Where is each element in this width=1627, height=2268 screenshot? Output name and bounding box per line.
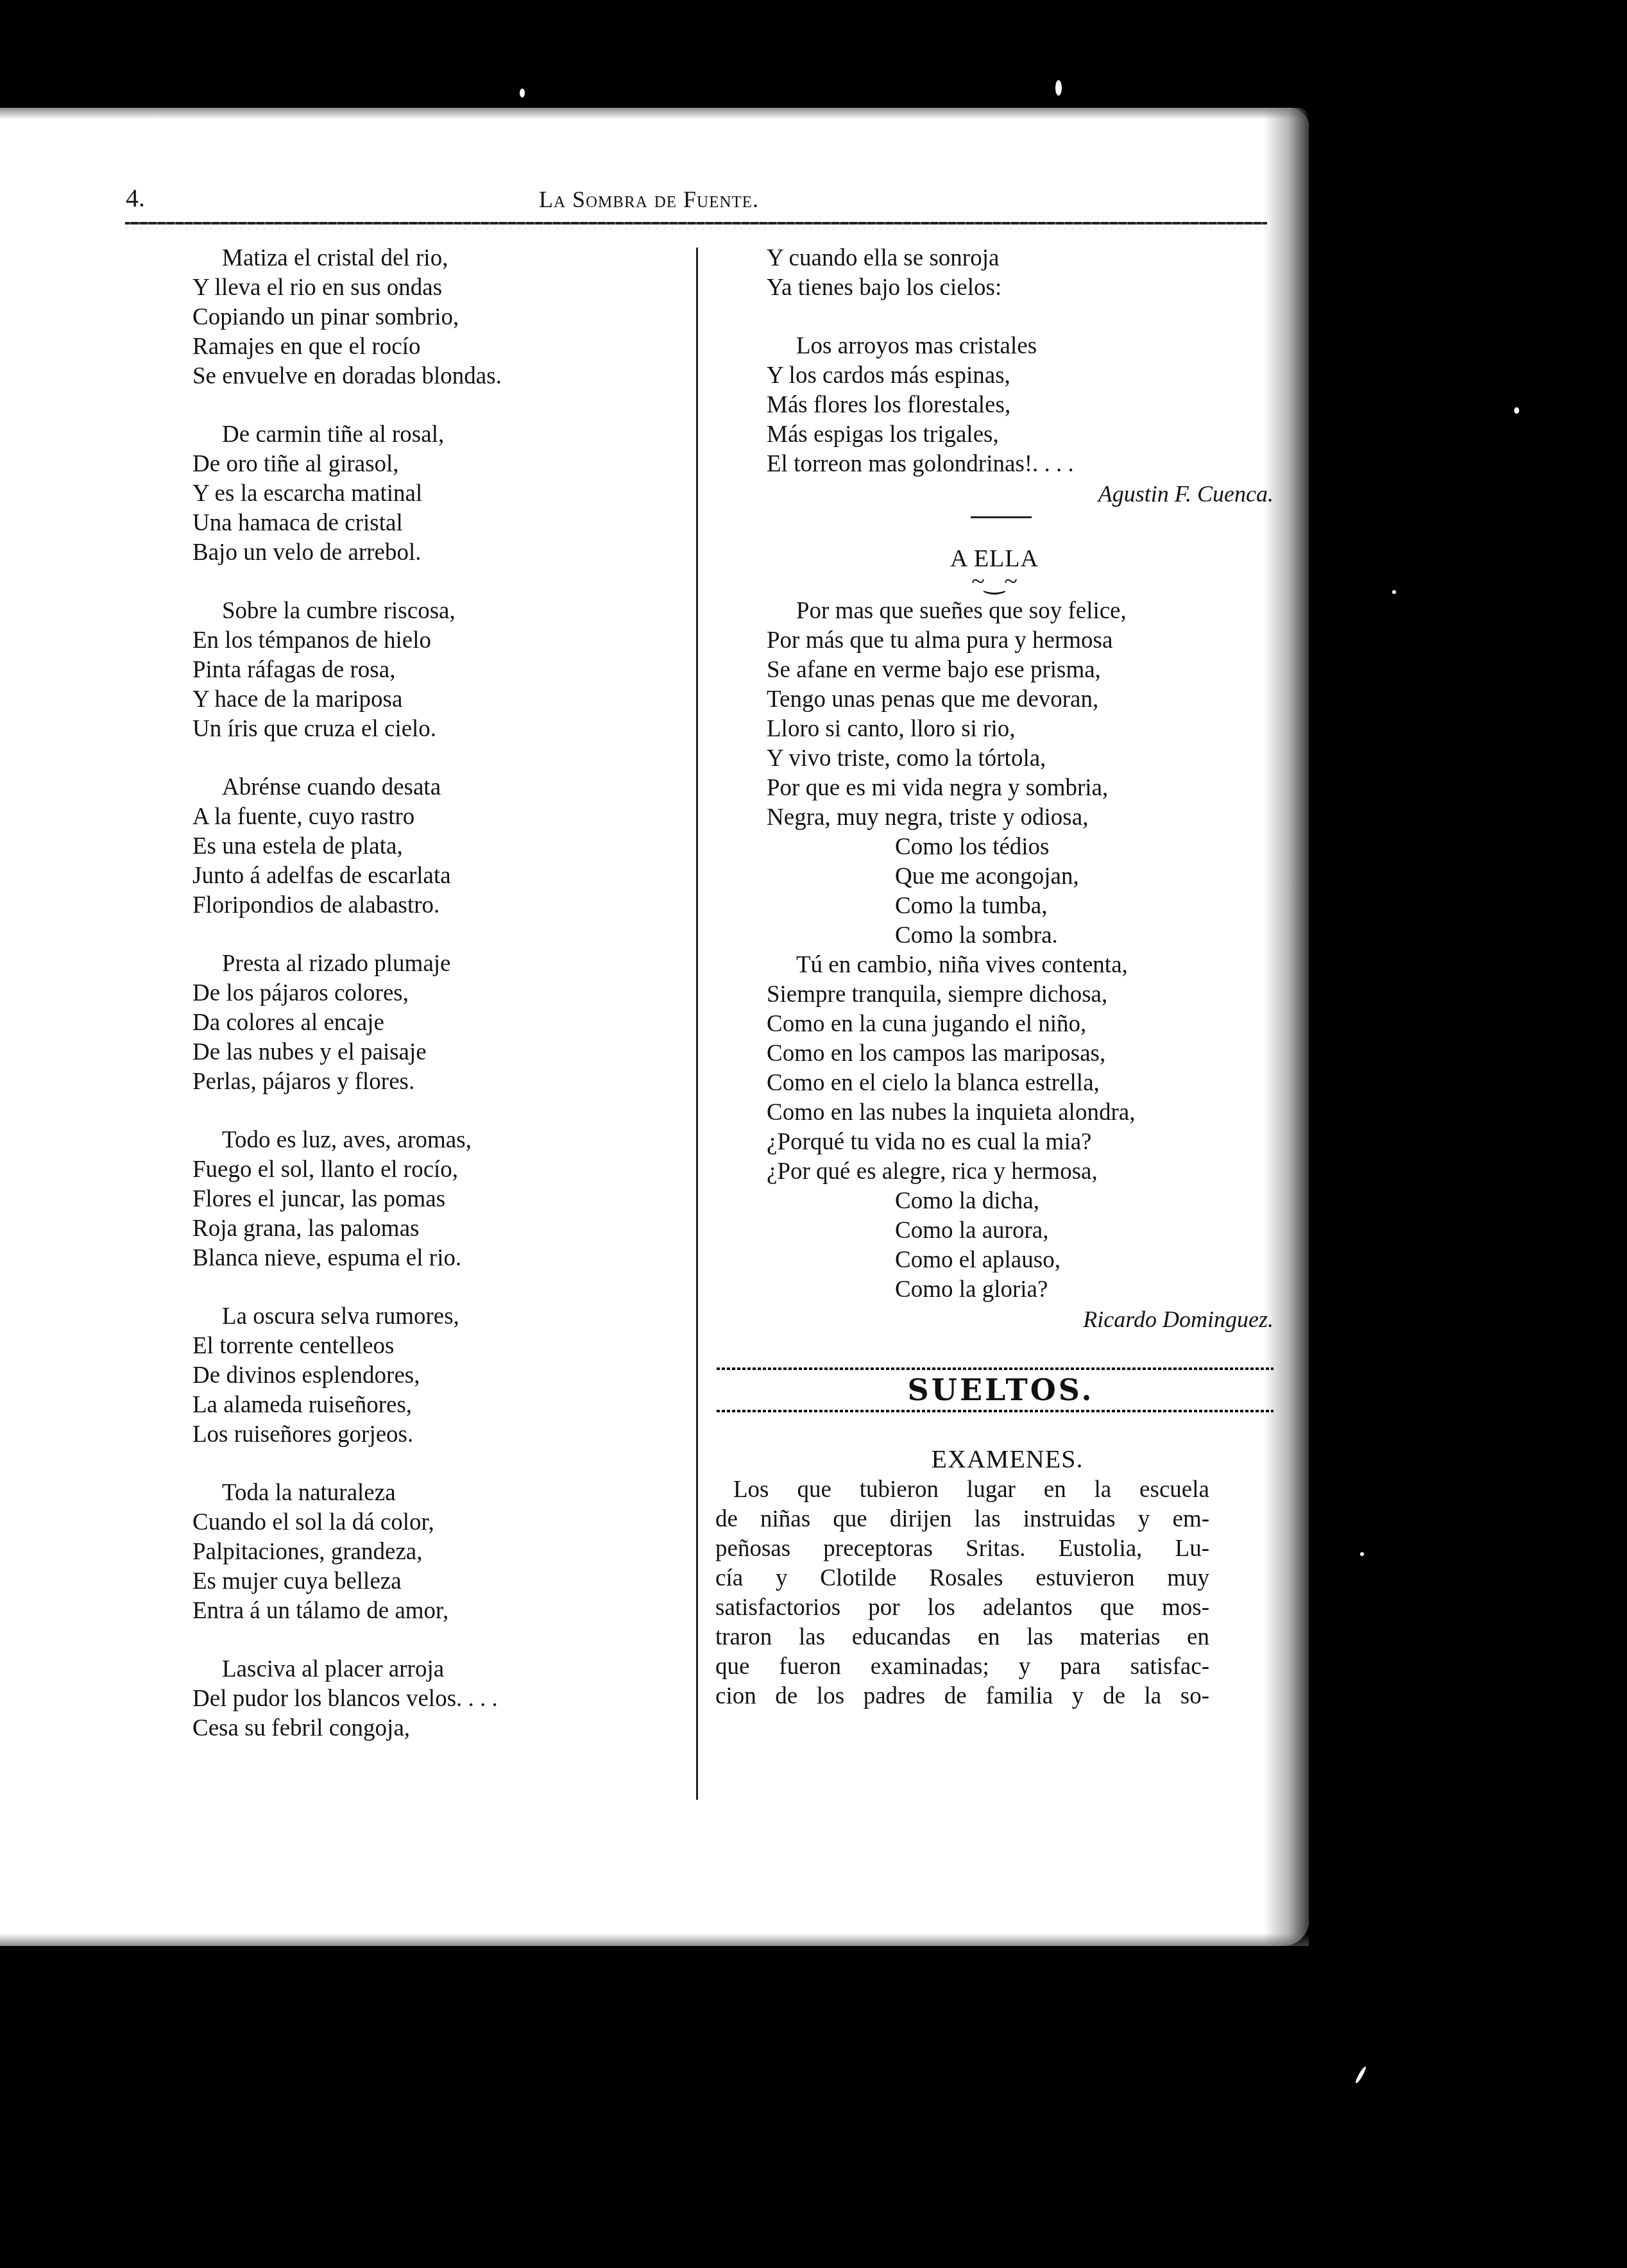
prose-line: cion de los padres de familia y de la so… [715,1682,1209,1711]
header-rule-dotted [125,228,1267,229]
verse-line: Más espigas los trigales, [767,420,1273,450]
verse-line: Toda la naturaleza [192,1478,680,1508]
verse-line: Por mas que sueñes que soy felice, [767,597,1273,626]
prose-line: cía y Clotilde Rosales estuvieron muy [715,1564,1209,1593]
verse-line: El torreon mas golondrinas!. . . . [767,450,1273,479]
verse-line: De divinos esplendores, [192,1361,680,1391]
verse-line: Del pudor los blancos velos. . . . [192,1684,680,1714]
stanza: Sobre la cumbre riscosa, En los témpanos… [192,597,680,744]
verse-line: Lloro si canto, lloro si rio, [767,715,1273,744]
verse-line: Palpitaciones, grandeza, [192,1537,680,1567]
verse-line: Matiza el cristal del rio, [192,244,680,273]
verse-line: Como la dicha, [767,1187,1273,1216]
stanza: Los arroyos mas cristales Y los cardos m… [767,332,1273,479]
verse-line: De carmin tiñe al rosal, [192,420,680,450]
verse-line: Por más que tu alma pura y hermosa [767,626,1273,656]
verse-line: Y lleva el rio en sus ondas [192,273,680,303]
scan-speck [1360,1552,1364,1556]
verse-line: Flores el juncar, las pomas [192,1185,680,1214]
verse-line: Como en el cielo la blanca estrella, [767,1069,1273,1098]
stanza: Y cuando ella se sonroja Ya tienes bajo … [767,244,1273,303]
verse-line: Es una estela de plata, [192,832,680,861]
verse-line: Más flores los florestales, [767,391,1273,420]
verse-line: A la fuente, cuyo rastro [192,802,680,832]
stanza: La oscura selva rumores, El torrente cen… [192,1302,680,1450]
scan-speck [1055,80,1062,96]
verse-line: Ya tienes bajo los cielos: [767,273,1273,303]
verse-line: Cesa su febril congoja, [192,1714,680,1743]
prose-line: satisfactorios por los adelantos que mos… [715,1593,1209,1623]
page-edge-shade [0,108,1309,119]
verse-line: Y es la escarcha matinal [192,479,680,509]
verse-line: Como la gloria? [767,1275,1273,1305]
verse-line: Blanca nieve, espuma el rio. [192,1244,680,1273]
verse-line: Entra á un tálamo de amor, [192,1596,680,1626]
verse-line: Una hamaca de cristal [192,509,680,538]
verse-line: Roja grana, las palomas [192,1214,680,1244]
verse-line: Los ruiseñores gorjeos. [192,1420,680,1450]
section-title-sueltos: SUELTOS. [747,1370,1254,1410]
poem-refrain: Como los tédios Que me acongojan, Como l… [767,833,1273,951]
verse-line: Tú en cambio, niña vives contenta, [767,951,1273,980]
verse-line: Y vivo triste, como la tórtola, [767,744,1273,774]
verse-line: Da colores al encaje [192,1008,680,1038]
ornament-icon: ~‿~ [741,573,1248,597]
stanza: Todo es luz, aves, aromas, Fuego el sol,… [192,1126,680,1273]
verse-line: Ramajes en que el rocío [192,332,680,362]
poem-author: Ricardo Dominguez. [767,1305,1273,1334]
verse-line: Tengo unas penas que me devoran, [767,685,1273,715]
verse-line: De los pájaros colores, [192,979,680,1008]
verse-line: Se envuelve en doradas blondas. [192,362,680,391]
verse-line: Negra, muy negra, triste y odiosa, [767,803,1273,833]
verse-line: Como el aplauso, [767,1246,1273,1275]
prose-line: de niñas que dirijen las instruidas y em… [715,1505,1209,1534]
running-title: La Sombra de Fuente. [539,186,759,213]
scan-speck [520,89,525,97]
scan-speck [1514,407,1519,414]
prose-line: traron las educandas en las materias en [715,1623,1209,1652]
verse-line: Abrénse cuando desata [192,773,680,802]
article-body: Los que tubieron lugar en la escuela de … [715,1475,1273,1711]
stanza: Presta al rizado plumaje De los pájaros … [192,949,680,1097]
verse-line: Y cuando ella se sonroja [767,244,1273,273]
prose-line: peñosas preceptoras Sritas. Eustolia, Lu… [715,1534,1209,1564]
verse-line: De oro tiñe al girasol, [192,450,680,479]
page-edge-shade [0,1933,1309,1946]
verse-line: ¿Por qué es alegre, rica y hermosa, [767,1157,1273,1187]
stanza: Toda la naturaleza Cuando el sol la dá c… [192,1478,680,1626]
verse-line: Como la aurora, [767,1216,1273,1246]
dotted-rule [717,1410,1273,1412]
verse-line: Sobre la cumbre riscosa, [192,597,680,626]
verse-line: Se afane en verme bajo ese prisma, [767,656,1273,685]
column-divider [696,248,698,1800]
verse-line: ¿Porqué tu vida no es cual la mia? [767,1128,1273,1157]
poem-refrain: Como la dicha, Como la aurora, Como el a… [767,1187,1273,1305]
verse-line: Siempre tranquila, siempre dichosa, [767,980,1273,1010]
verse-line: Como la tumba, [767,892,1273,921]
stanza: Abrénse cuando desata A la fuente, cuyo … [192,773,680,920]
verse-line: Como en las nubes la inquieta alondra, [767,1098,1273,1128]
verse-line: Y los cardos más espinas, [767,361,1273,391]
verse-line: Un íris que cruza el cielo. [192,715,680,744]
verse-line: Copiando un pinar sombrio, [192,303,680,332]
verse-line: Como en los campos las mariposas, [767,1039,1273,1069]
page-number: 4. [126,183,145,213]
right-column: Y cuando ella se sonroja Ya tienes bajo … [767,244,1273,1711]
stanza: De carmin tiñe al rosal, De oro tiñe al … [192,420,680,568]
verse-line: Como en la cuna jugando el niño, [767,1010,1273,1039]
verse-line: Perlas, pájaros y flores. [192,1067,680,1097]
article-title: EXAMENES. [754,1443,1261,1475]
verse-line: Lasciva al placer arroja [192,1655,680,1684]
header-rule [125,222,1267,224]
prose-line: que fueron examinadas; y para satisfac- [715,1652,1209,1682]
verse-line: De las nubes y el paisaje [192,1038,680,1067]
verse-line: Por que es mi vida negra y sombria, [767,774,1273,803]
verse-line: Todo es luz, aves, aromas, [192,1126,680,1155]
prose-line: Los que tubieron lugar en la escuela [715,1475,1209,1505]
poem-block: Tú en cambio, niña vives contenta, Siemp… [767,951,1273,1187]
verse-line: Presta al rizado plumaje [192,949,680,979]
verse-line: Floripondios de alabastro. [192,891,680,920]
verse-line: Que me acongojan, [767,862,1273,892]
verse-line: Como la sombra. [767,921,1273,951]
stanza: Lasciva al placer arroja Del pudor los b… [192,1655,680,1743]
verse-line: La alameda ruiseñores, [192,1391,680,1420]
scan-speck [1392,590,1396,594]
verse-line: Cuando el sol la dá color, [192,1508,680,1537]
verse-line: Fuego el sol, llanto el rocío, [192,1155,680,1185]
verse-line: Es mujer cuya belleza [192,1567,680,1596]
verse-line: Y hace de la mariposa [192,685,680,715]
verse-line: La oscura selva rumores, [192,1302,680,1332]
stanza: Matiza el cristal del rio, Y lleva el ri… [192,244,680,391]
verse-line: Pinta ráfagas de rosa, [192,656,680,685]
scan-speck [1354,2066,1367,2085]
separator-rule [971,516,1032,518]
poem-block: Por mas que sueñes que soy felice, Por m… [767,597,1273,833]
verse-line: Como los tédios [767,833,1273,862]
verse-line: Los arroyos mas cristales [767,332,1273,361]
poem-author: Agustin F. Cuenca. [767,479,1273,509]
verse-line: El torrente centelleos [192,1332,680,1361]
verse-line: En los témpanos de hielo [192,626,680,656]
left-column: Matiza el cristal del rio, Y lleva el ri… [192,244,680,1743]
verse-line: Junto á adelfas de escarlata [192,861,680,891]
verse-line: Bajo un velo de arrebol. [192,538,680,568]
